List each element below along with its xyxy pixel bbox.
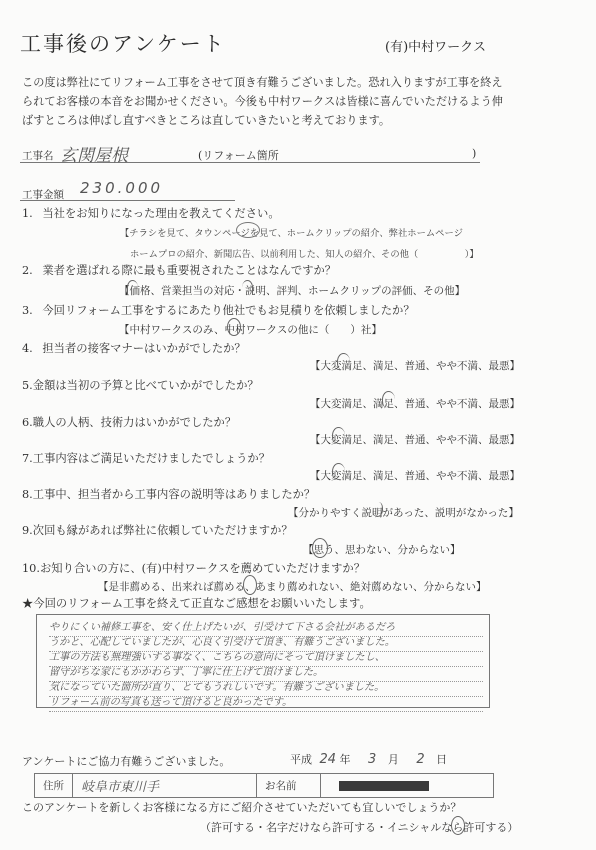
question-6: 6.職人の人柄、技術力はいかがでしたか？: [22, 414, 236, 430]
intro-line: ばすところは伸ばし直すべきところは直していきたいと考えております。: [22, 111, 582, 130]
question-10: 10.お知り合いの方に、(有)中村ワークスを薦めていただけますか？: [22, 560, 365, 576]
question-text: 工事内容はご満足いただけましたでしょうか？: [33, 452, 270, 465]
question-2-options[interactable]: 【価格、営業担当の対応・説明、評判、ホームクリップの評価、その他】: [119, 283, 465, 298]
selection-mark-icon: [382, 391, 395, 408]
intro-line: られてお客様の本音をお聞かせください。今後も中村ワークスは皆様に喜んでいただける…: [22, 92, 582, 111]
selection-mark-icon: [332, 427, 345, 444]
permission-options[interactable]: （許可する・名字だけなら許可する・イニシャルなら許可する）: [200, 819, 518, 835]
question-2: 2. 業者を選ばれる際に最も重要視されたことはなんですか？: [22, 262, 336, 278]
thanks-text: アンケートにご協力有難うございました。: [22, 753, 230, 769]
name-field[interactable]: [321, 774, 493, 797]
selection-circle-icon: [451, 816, 465, 835]
question-text: お知り合いの方に、(有)中村ワークスを薦めていただけますか？: [40, 562, 365, 575]
question-5-options[interactable]: 【大変満足、満足、普通、やや不満、最悪】: [310, 396, 520, 411]
intro-text: この度は弊社にてリフォーム工事をさせて頂き有難うございました。恐れ入りますが工事…: [22, 73, 582, 130]
comment-line: リフォーム前の写真も送って頂けると良かったです。: [49, 694, 483, 712]
question-text: 次回も縁があれば弊社に依頼していただけますか？: [33, 524, 293, 537]
question-number: 3.: [22, 304, 33, 317]
question-number: 2.: [22, 264, 33, 277]
permission-question: このアンケートを新しくお客様になる方にご紹介させていただいても宜しいでしょうか？: [22, 799, 461, 815]
amount-row: 工事金額 230.000: [20, 180, 235, 201]
survey-title: 工事後のアンケート: [20, 28, 226, 58]
question-number: 1.: [22, 207, 33, 220]
question-1-options-line2[interactable]: ホームプロの紹介、新聞広告、以前利用した、知人の紹介、その他（ ）】: [130, 246, 479, 260]
project-name-field[interactable]: 玄関屋根: [60, 141, 128, 166]
selection-circle-icon: [236, 222, 260, 238]
question-number: 5.: [22, 379, 33, 392]
question-3: 3. 今回リフォーム工事をするにあたり他社でもお見積りを依頼しましたか？: [22, 302, 415, 318]
question-text: 業者を選ばれる際に最も重要視されたことはなんですか？: [42, 264, 336, 277]
question-text: 当社をお知りになった理由を教えてください。: [42, 207, 279, 220]
intro-line: この度は弊社にてリフォーム工事をさせて頂き有難うございました。恐れ入りますが工事…: [22, 73, 582, 92]
year-field[interactable]: 24: [320, 752, 337, 767]
question-8-options[interactable]: 【分かりやすく説明があった、説明がなかった】: [288, 505, 519, 520]
question-10-options[interactable]: 【是非薦める、出来れば薦める、あまり薦めれない、絶対薦めない、分からない】: [98, 579, 487, 594]
era-label: 平成: [290, 753, 312, 766]
question-text: 担当者の接客マナーはいかがでしたか？: [42, 342, 245, 355]
selection-mark-icon: [337, 353, 350, 370]
question-1-options-line1[interactable]: 【チラシを見て、タウンページを見て、ホームクリップの紹介、弊社ホームページ: [120, 225, 463, 239]
question-8: 8.工事中、担当者から工事内容の説明等はありましたか？: [22, 486, 315, 502]
question-text: 工事中、担当者から工事内容の説明等はありましたか？: [33, 488, 315, 501]
selection-mark-icon: [372, 502, 383, 517]
name-label: お名前: [257, 774, 321, 797]
reform-location-close: ): [472, 147, 476, 160]
comments-textarea[interactable]: やりにくい補修工事を、安く仕上げたいが、引受けて下さる会社があるだろ うかと、心…: [36, 614, 490, 708]
question-4: 4. 担当者の接客マナーはいかがでしたか？: [22, 340, 246, 356]
redacted-name-block: [339, 781, 429, 791]
comments-prompt: ★今回のリフォーム工事を終えて正直なご感想をお願いいたします。: [22, 595, 371, 611]
question-number: 10.: [22, 562, 40, 575]
question-number: 7.: [22, 452, 33, 465]
year-label: 年: [340, 753, 351, 766]
project-name-label: 工事名: [22, 148, 54, 163]
question-number: 4.: [22, 342, 33, 355]
selection-mark-icon: [127, 280, 138, 295]
selection-mark-icon: [242, 280, 253, 295]
date-row: 平成 24 年 3 月 2 日: [290, 751, 447, 767]
question-7: 7.工事内容はご満足いただけましたでしょうか？: [22, 450, 270, 466]
amount-label: 工事金額: [22, 187, 64, 202]
company-name: (有)中村ワークス: [385, 36, 486, 55]
day-label: 日: [436, 753, 447, 766]
month-field[interactable]: 3: [368, 752, 376, 767]
month-label: 月: [388, 753, 399, 766]
selection-circle-icon: [227, 318, 241, 336]
question-number: 9.: [22, 524, 33, 537]
amount-field[interactable]: 230.000: [80, 179, 163, 197]
selection-mark-icon: [332, 463, 345, 480]
question-5: 5.金額は当初の予算と比べていかがでしたか？: [22, 377, 259, 393]
question-3-options[interactable]: 【中村ワークスのみ、中村ワークスの他に（ ）社】: [119, 322, 382, 337]
question-1: 1. 当社をお知りになった理由を教えてください。: [22, 205, 280, 221]
project-name-row: 工事名 玄関屋根 (リフォーム箇所 ): [20, 142, 480, 163]
question-number: 8.: [22, 488, 33, 501]
address-field[interactable]: 岐阜市東川手: [73, 774, 257, 797]
contact-table: 住所 岐阜市東川手 お名前: [34, 773, 494, 798]
selection-circle-icon: [243, 575, 257, 595]
selection-circle-icon: [312, 538, 328, 558]
reform-location-label: (リフォーム箇所: [198, 147, 279, 163]
question-text: 金額は当初の予算と比べていかがでしたか？: [33, 379, 259, 392]
question-text: 今回リフォーム工事をするにあたり他社でもお見積りを依頼しましたか？: [42, 304, 414, 317]
question-number: 6.: [22, 416, 33, 429]
question-text: 職人の人柄、技術力はいかがでしたか？: [33, 416, 236, 429]
day-field[interactable]: 2: [416, 752, 424, 767]
question-9: 9.次回も縁があれば弊社に依頼していただけますか？: [22, 522, 293, 538]
address-label: 住所: [35, 774, 73, 797]
